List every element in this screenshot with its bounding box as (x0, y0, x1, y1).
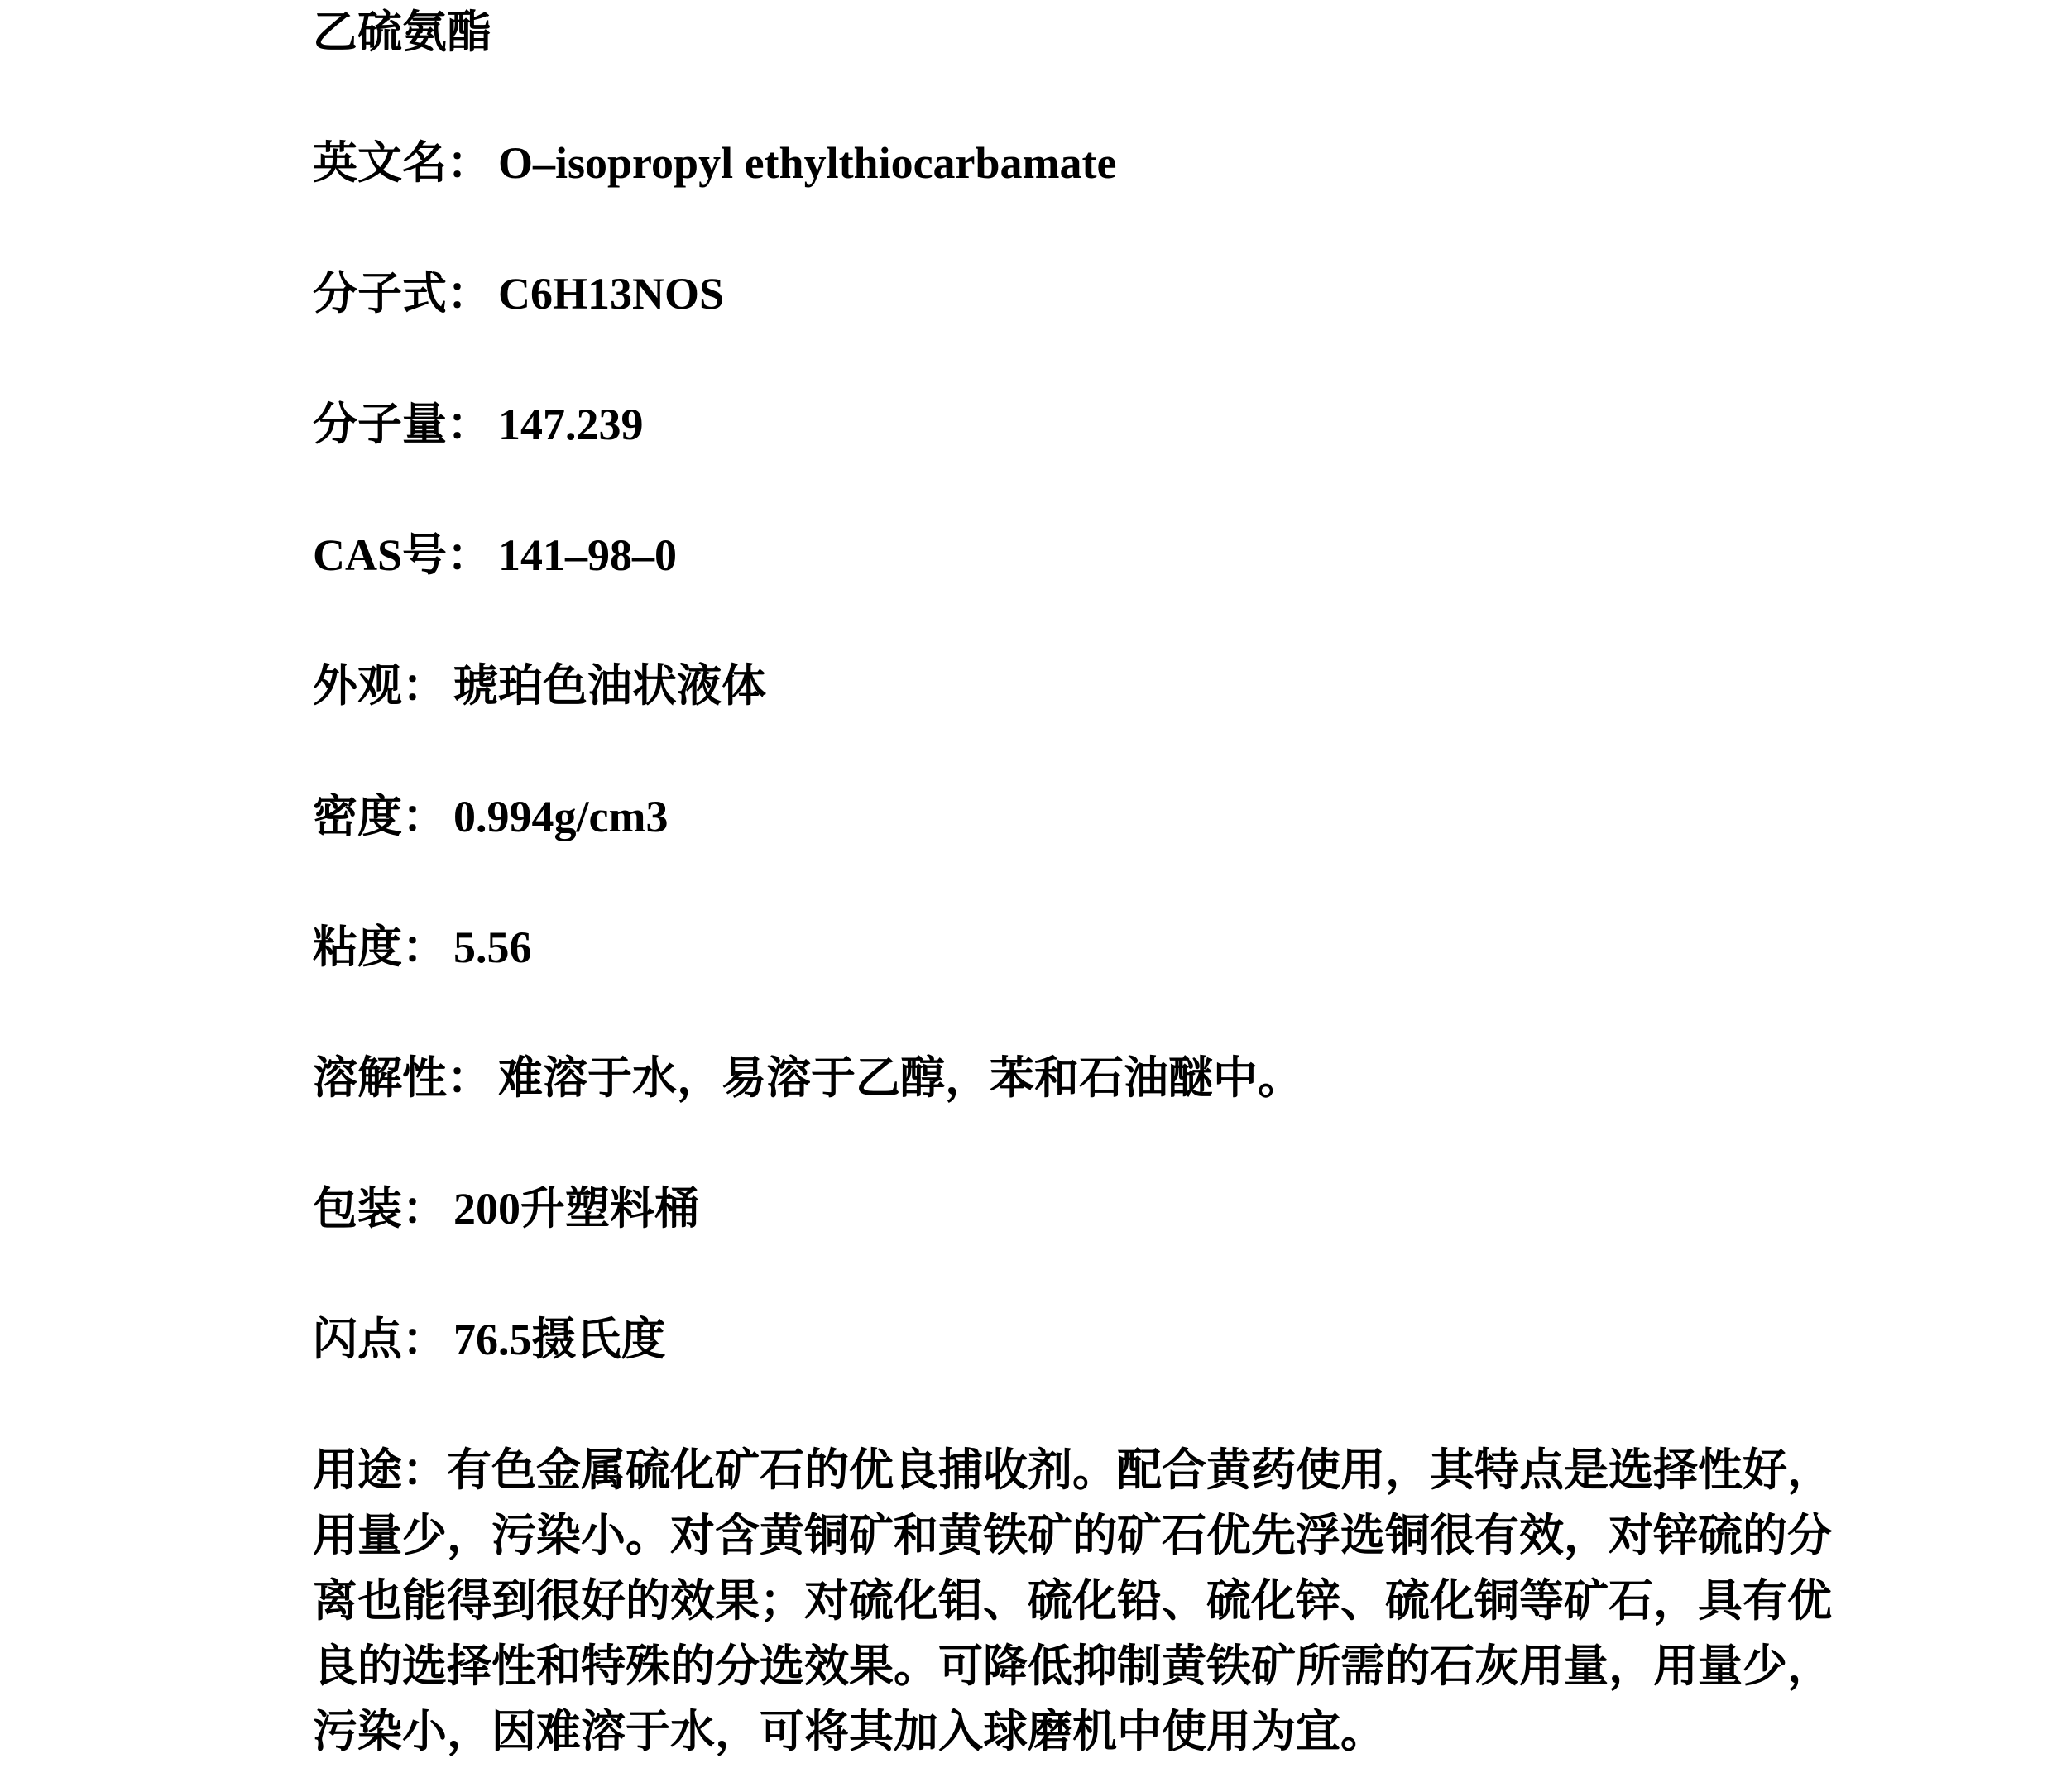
field-value: 200升塑料桶 (453, 1184, 699, 1234)
field-colon: ： (402, 792, 447, 841)
field-row-viscosity: 粘度：5.56 (313, 915, 2052, 980)
usage-line-5: 污染小，因难溶于水，可将其加入球磨机中使用为宜。 (313, 1699, 2052, 1765)
field-label: CAS号 (313, 530, 447, 580)
field-label: 分子式 (313, 269, 447, 319)
field-colon: ： (447, 138, 491, 188)
field-row-cas-number: CAS号：141–98–0 (313, 523, 2052, 588)
field-colon: ： (402, 1184, 447, 1234)
field-row-flash-point: 闪点：76.5摄氏度 (313, 1307, 2052, 1373)
field-label: 英文名 (313, 138, 447, 188)
field-label: 包装 (313, 1184, 402, 1234)
field-colon: ： (447, 530, 491, 580)
usage-line-4: 良的选择性和特殊的分选效果。可降低抑制黄铁矿所需的石灰用量，用量少， (313, 1634, 2052, 1699)
field-row-molecular-formula: 分子式：C6H13NOS (313, 261, 2052, 327)
field-colon: ： (402, 922, 447, 972)
field-label: 密度 (313, 792, 402, 841)
usage-line-1: 用途：有色金属硫化矿石的优良捕收剂。配合黄药使用，其特点是选择性好， (313, 1438, 2052, 1503)
field-label: 分子量 (313, 400, 447, 449)
field-colon: ： (447, 1053, 491, 1103)
field-colon: ： (447, 269, 491, 319)
field-label: 闪点 (313, 1315, 402, 1364)
field-value: 76.5摄氏度 (453, 1315, 666, 1364)
field-value: 0.994g/cm3 (453, 792, 668, 841)
field-row-molecular-weight: 分子量：147.239 (313, 392, 2052, 458)
usage-line-2: 用量少，污染小。对含黄铜矿和黄铁矿的矿石优先浮选铜很有效，对锌硫的分 (313, 1503, 2052, 1569)
field-label: 外观 (313, 661, 402, 711)
field-label: 溶解性 (313, 1053, 447, 1103)
field-row-appearance: 外观：琥珀色油状液体 (313, 654, 2052, 719)
usage-paragraph: 用途：有色金属硫化矿石的优良捕收剂。配合黄药使用，其特点是选择性好， 用量少，污… (313, 1438, 2052, 1765)
field-value: 147.239 (498, 400, 644, 449)
field-value: O–isopropyl ethylthiocarbamate (498, 138, 1116, 188)
field-value: 5.56 (453, 922, 532, 972)
page-title: 乙硫氨酯 (313, 0, 2052, 65)
field-colon: ： (447, 400, 491, 449)
field-row-english-name: 英文名：O–isopropyl ethylthiocarbamate (313, 131, 2052, 196)
field-colon: ： (402, 661, 447, 711)
field-value: 141–98–0 (498, 530, 677, 580)
field-colon: ： (402, 1315, 447, 1364)
usage-line-3: 离也能得到很好的效果；对硫化钼、硫化铅、硫化锌、硫化铜等矿石，具有优 (313, 1569, 2052, 1634)
field-value: 琥珀色油状液体 (453, 661, 766, 711)
field-row-density: 密度：0.994g/cm3 (313, 784, 2052, 850)
field-row-solubility: 溶解性：难溶于水，易溶于乙醇，苯和石油醚中。 (313, 1046, 2052, 1111)
field-value: C6H13NOS (498, 269, 724, 319)
field-value: 难溶于水，易溶于乙醇，苯和石油醚中。 (498, 1053, 1302, 1103)
field-row-packaging: 包装：200升塑料桶 (313, 1176, 2052, 1242)
field-label: 粘度 (313, 922, 402, 972)
document-page: 乙硫氨酯 英文名：O–isopropyl ethylthiocarbamate … (0, 0, 2052, 1765)
